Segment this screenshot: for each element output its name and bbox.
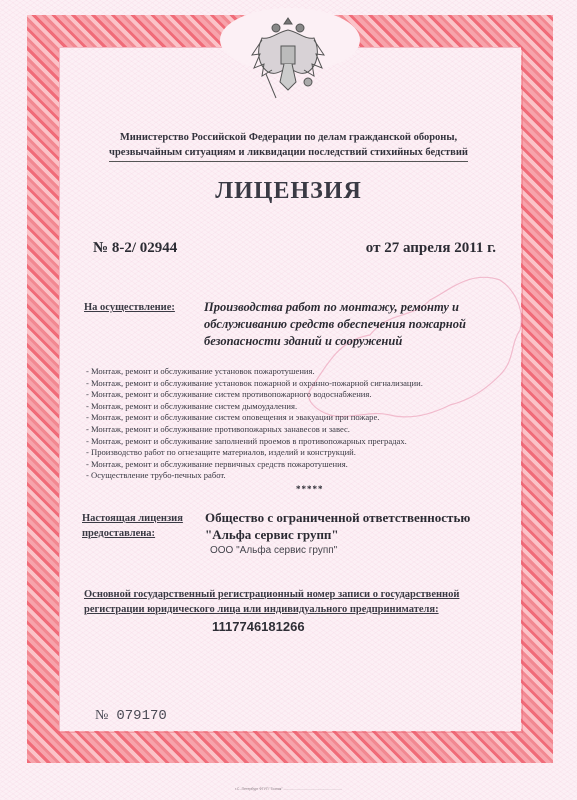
works-list: - Монтаж, ремонт и обслуживание установо…: [86, 366, 506, 482]
list-item: - Монтаж, ремонт и обслуживание противоп…: [86, 424, 506, 436]
list-item: - Монтаж, ремонт и обслуживание установо…: [86, 366, 506, 378]
ministry-line-1: Министерство Российской Федерации по дел…: [80, 130, 497, 145]
list-item: - Монтаж, ремонт и обслуживание установо…: [86, 378, 506, 390]
license-number-row: № 8-2/ 02944 от 27 апреля 2011 г.: [93, 240, 496, 257]
list-item: - Осуществление трубо-печных работ.: [86, 470, 506, 482]
organization-short-name: ООО "Альфа сервис групп": [210, 545, 337, 556]
form-serial-number: №079170: [95, 708, 167, 724]
list-item: - Монтаж, ремонт и обслуживание первичны…: [86, 459, 506, 471]
ministry-line-2: чрезвычайным ситуациям и ликвидации посл…: [109, 145, 468, 162]
list-item: - Монтаж, ремонт и обслуживание систем п…: [86, 389, 506, 401]
activity-label: На осуществление:: [84, 302, 175, 313]
license-date: от 27 апреля 2011 г.: [366, 240, 496, 257]
activity-description: Производства работ по монтажу, ремонту и…: [204, 299, 504, 350]
ogrn-number: 1117746181266: [212, 619, 305, 634]
ministry-name: Министерство Российской Федерации по дел…: [80, 130, 497, 162]
list-item: - Монтаж, ремонт и обслуживание систем д…: [86, 401, 506, 413]
list-item: - Производство работ по огнезащите матер…: [86, 447, 506, 459]
printer-imprint: г.С.-Петербург ФГУП "Гознак" ...........…: [0, 787, 577, 791]
license-number-value: 8-2/ 02944: [112, 240, 177, 256]
separator-stars: *****: [296, 484, 324, 494]
organization-full-name: Общество с ограниченной ответственностью…: [205, 509, 515, 543]
grantee-label: Настоящая лицензия предоставлена:: [82, 511, 183, 541]
license-number: № 8-2/ 02944: [93, 240, 177, 257]
list-item: - Монтаж, ремонт и обслуживание заполнен…: [86, 436, 506, 448]
ogrn-label: Основной государственный регистрационный…: [84, 587, 514, 617]
document-title: ЛИЦЕНЗИЯ: [0, 178, 577, 205]
list-item: - Монтаж, ремонт и обслуживание систем о…: [86, 412, 506, 424]
russian-coat-of-arms-icon: [248, 10, 328, 110]
